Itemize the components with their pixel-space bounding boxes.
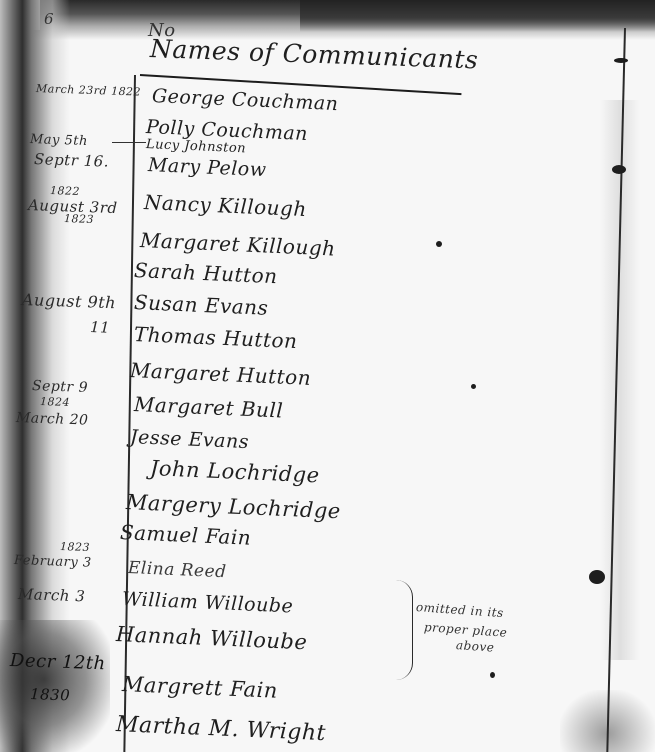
entry-date: May 5th xyxy=(30,132,88,149)
communicant-name: Jesse Evans xyxy=(130,426,250,453)
communicant-name: Susan Evans xyxy=(133,290,268,320)
communicant-name: Samuel Fain xyxy=(119,520,251,550)
entry-date: March 3 xyxy=(18,585,86,605)
ink-blot xyxy=(436,241,442,247)
entry-date: Septr 9 xyxy=(32,378,89,396)
page-title: Names of Communicants xyxy=(149,34,478,74)
communicant-name: Margaret Hutton xyxy=(129,358,311,390)
entry-date: 11 xyxy=(90,318,111,337)
communicant-name: Margery Lochridge xyxy=(125,490,341,523)
communicant-name: Hannah Willoube xyxy=(115,622,307,654)
margin-note-line: omitted in its xyxy=(416,600,505,620)
communicant-name: Lucy Johnston xyxy=(146,137,247,156)
communicant-name: Margaret Killough xyxy=(139,228,336,261)
connector-line xyxy=(112,142,146,143)
communicant-name: Thomas Hutton xyxy=(133,322,297,353)
margin-note-line: proper place xyxy=(424,620,508,640)
page-number-mark: 6 xyxy=(44,10,54,28)
entry-date: August 9th xyxy=(22,290,117,312)
ink-blot xyxy=(471,384,476,389)
entry-date: March 20 xyxy=(16,410,89,429)
ink-blot xyxy=(612,165,626,174)
entry-date: 1824 xyxy=(40,395,70,409)
communicant-name: George Couchman xyxy=(152,85,339,115)
ink-blot xyxy=(490,672,495,678)
bracket-mark xyxy=(396,580,413,680)
entry-date: 1823 xyxy=(64,212,94,226)
entry-date: 1830 xyxy=(30,685,71,704)
scan-shadow-top-right xyxy=(300,0,655,32)
communicant-name: Margrett Fain xyxy=(121,672,278,703)
communicant-name: John Lochridge xyxy=(149,456,320,487)
entry-date: Decr 12th xyxy=(10,650,106,674)
margin-note-line: above xyxy=(456,638,495,655)
communicant-name: Martha M. Wright xyxy=(115,712,326,746)
ink-blot xyxy=(589,570,605,584)
entry-date-text: May 5th xyxy=(30,132,88,149)
communicant-name: Mary Pelow xyxy=(148,154,267,181)
ink-blot xyxy=(614,58,628,63)
entry-date: 1823 xyxy=(60,540,90,554)
communicant-name: Nancy Killough xyxy=(143,190,307,221)
communicant-name: William Willoube xyxy=(122,588,294,617)
entry-date: February 3 xyxy=(14,553,92,571)
communicant-name: Sarah Hutton xyxy=(133,258,278,288)
communicant-name: Elina Reed xyxy=(128,558,227,582)
entry-date: Septr 16. xyxy=(34,150,110,171)
communicant-name: Margaret Bull xyxy=(133,392,283,422)
ledger-page: 6 No Names of Communicants March 23rd 18… xyxy=(0,0,655,752)
